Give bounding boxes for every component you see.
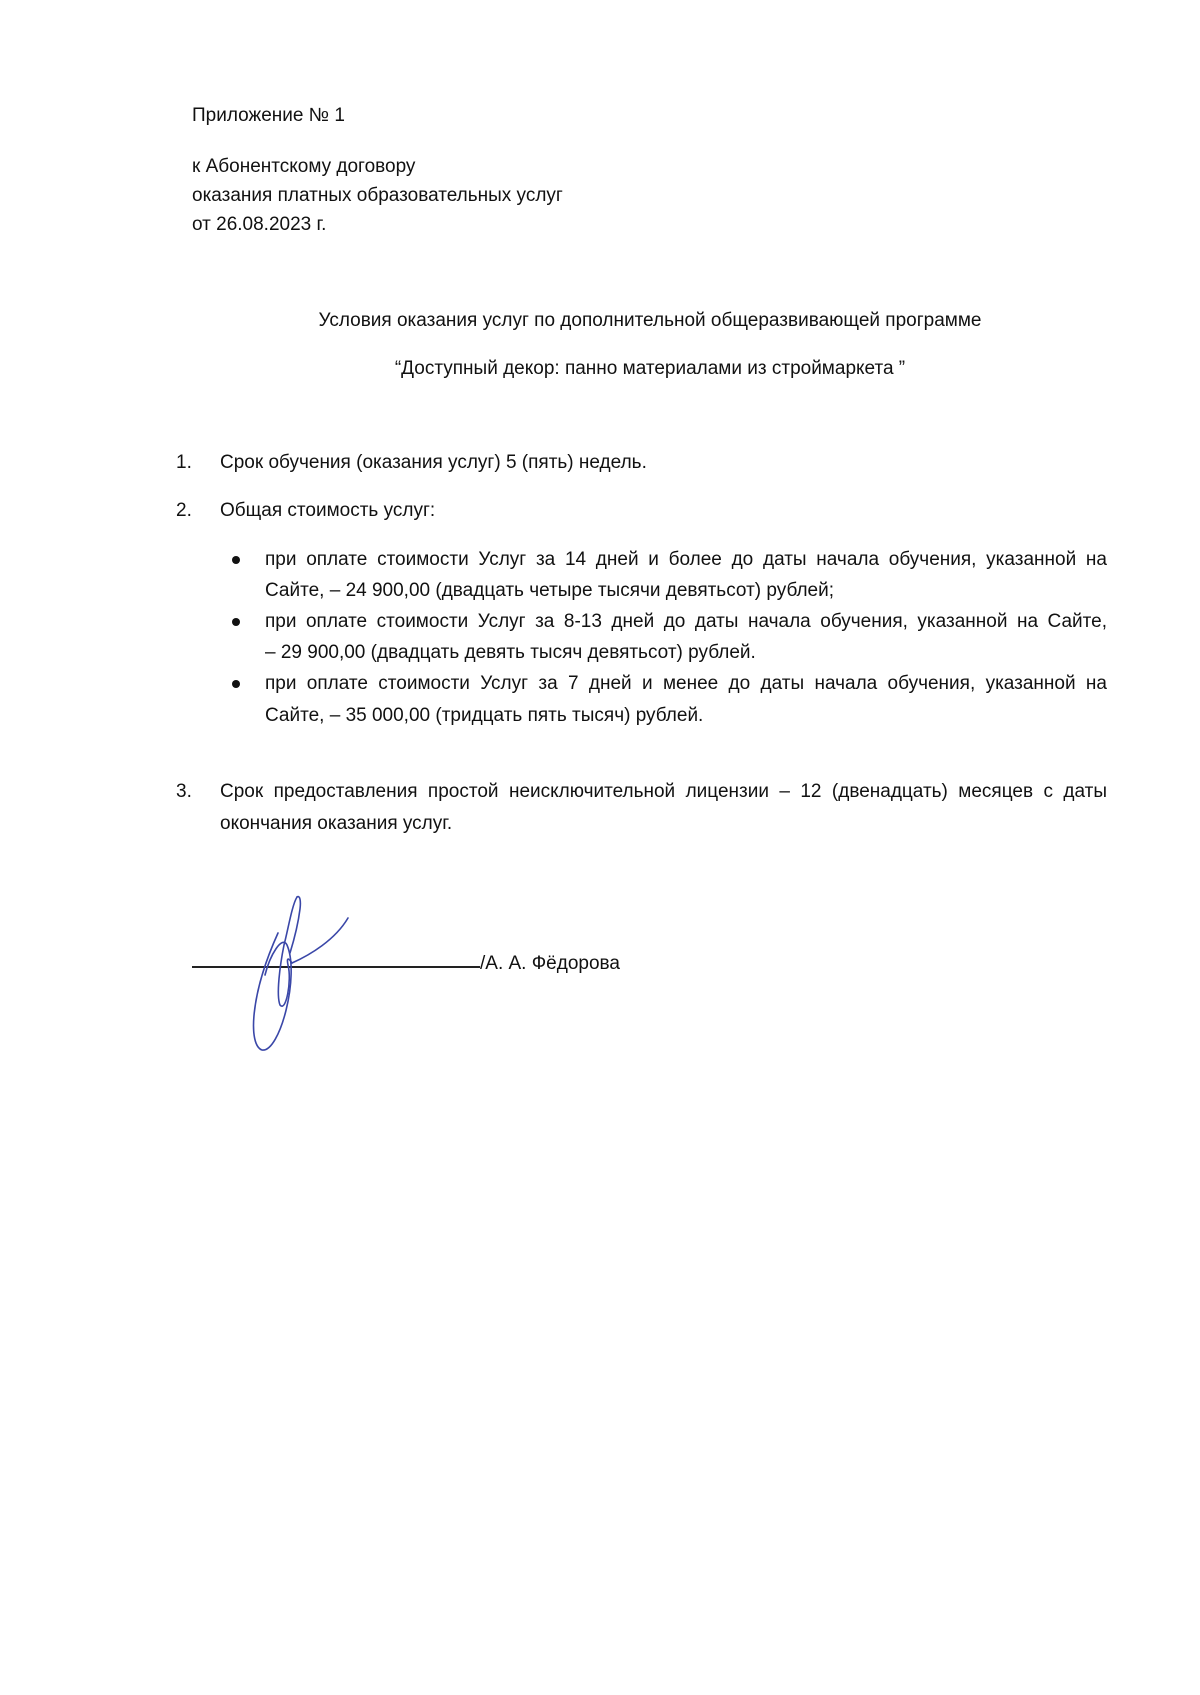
appendix-number: Приложение № 1 [192,104,345,128]
price-option-line: при оплате стоимости Услуг за 7 дней и м… [265,672,1107,696]
program-name: “Доступный декор: панно материалами из с… [0,357,1200,381]
item-text: окончания оказания услуг. [220,812,452,836]
bullet-icon [232,618,240,626]
document-title: Условия оказания услуг по дополнительной… [0,309,1200,333]
item-text: Общая стоимость услуг: [220,499,435,523]
item-text: Срок предоставления простой неисключител… [220,780,1107,804]
item-number: 1. [176,451,192,475]
contract-date: от 26.08.2023 г. [192,213,326,237]
contract-reference: к Абонентскому договору [192,155,415,179]
price-option-line: Сайте, – 35 000,00 (тридцать пять тысяч)… [265,704,1107,728]
item-number: 2. [176,499,192,523]
price-option-line: при оплате стоимости Услуг за 14 дней и … [265,548,1107,572]
contract-type: оказания платных образовательных услуг [192,184,563,208]
price-option-line: Сайте, – 24 900,00 (двадцать четыре тыся… [265,579,1107,603]
item-text: Срок обучения (оказания услуг) 5 (пять) … [220,451,647,475]
item-number: 3. [176,780,192,804]
handwritten-signature-icon [240,885,380,1065]
bullet-icon [232,556,240,564]
bullet-icon [232,680,240,688]
price-option-line: при оплате стоимости Услуг за 8-13 дней … [265,610,1107,634]
price-option-line: – 29 900,00 (двадцать девять тысяч девят… [265,641,1107,665]
signatory-name: /А. А. Фёдорова [480,952,620,976]
